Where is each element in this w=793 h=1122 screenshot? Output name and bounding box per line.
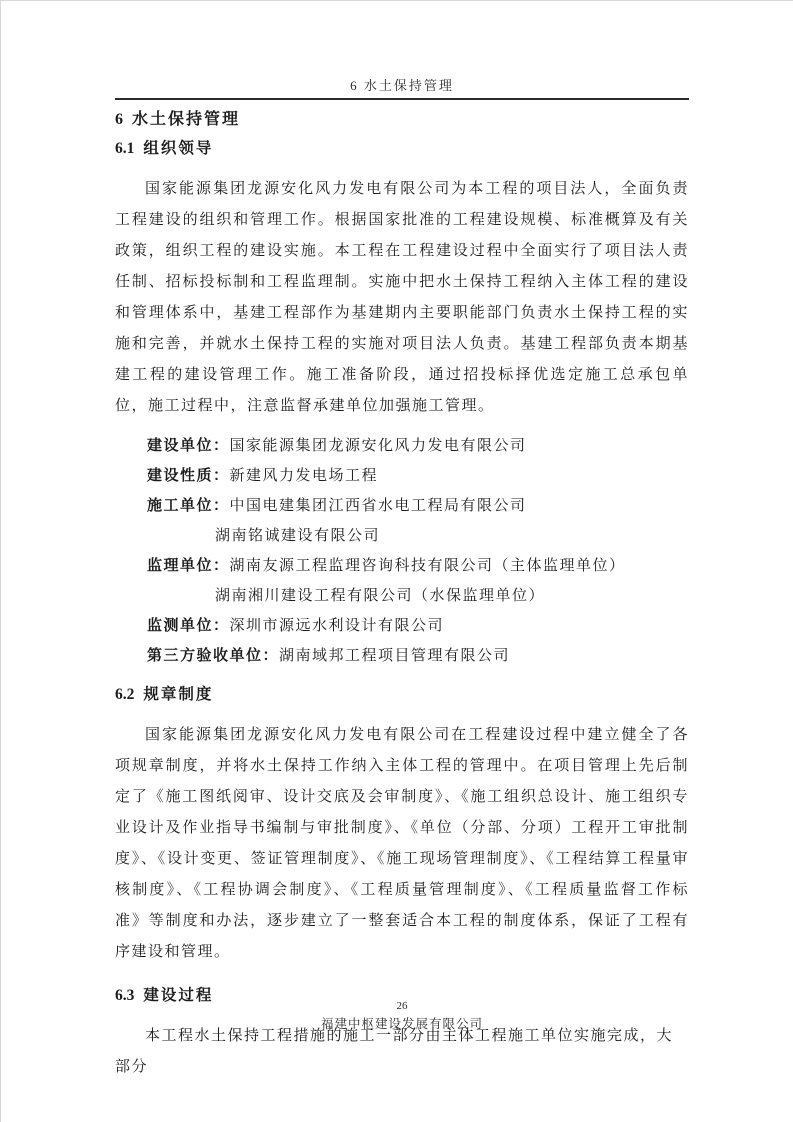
footer-company-name: 福建中枢建设发展有限公司 — [115, 1015, 689, 1033]
unit-value: 新建风力发电场工程 — [230, 468, 379, 484]
unit-value: 湖南域邦工程项目管理有限公司 — [279, 648, 510, 664]
section-6-1-paragraph: 国家能源集团龙源安化风力发电有限公司为本工程的项目法人，全面负责工程建设的组织和… — [115, 174, 689, 422]
unit-label: 第三方验收单位： — [147, 648, 279, 664]
unit-label: 建设单位： — [147, 438, 230, 454]
unit-row-construction-nature: 建设性质：新建风力发电场工程 — [115, 461, 689, 491]
section-6-2-number: 6.2 — [115, 684, 134, 706]
page-footer: 26 福建中枢建设发展有限公司 — [115, 997, 689, 1033]
unit-label: 建设性质： — [147, 468, 230, 484]
page-number: 26 — [115, 997, 689, 1015]
unit-value: 湖南友源工程监理咨询科技有限公司（主体监理单位） — [230, 558, 626, 574]
section-6-1-title: 组织领导 — [143, 140, 213, 157]
unit-value: 国家能源集团龙源安化风力发电有限公司 — [230, 438, 527, 454]
section-6-2-paragraph: 国家能源集团龙源安化风力发电有限公司在工程建设过程中建立健全了各项规章制度，并将… — [115, 720, 689, 968]
project-units-list: 建设单位：国家能源集团龙源安化风力发电有限公司 建设性质：新建风力发电场工程 施… — [115, 431, 689, 671]
unit-value: 湖南铭诚建设有限公司 — [215, 528, 380, 544]
unit-row-supervisor-2: 湖南湘川建设工程有限公司（水保监理单位） — [115, 581, 689, 611]
section-6-title: 水土保持管理 — [132, 111, 240, 128]
unit-value: 中国电建集团江西省水电工程局有限公司 — [230, 498, 527, 514]
running-header-title: 6 水土保持管理 — [115, 75, 689, 98]
unit-value: 湖南湘川建设工程有限公司（水保监理单位） — [215, 588, 545, 604]
page-header: 6 水土保持管理 — [115, 1, 689, 100]
section-6-2-heading: 6.2规章制度 — [115, 684, 689, 706]
unit-label: 施工单位： — [147, 498, 230, 514]
section-6-2-title: 规章制度 — [143, 686, 213, 703]
unit-label: 监理单位： — [147, 558, 230, 574]
section-6-number: 6 — [115, 109, 123, 131]
unit-label: 监测单位： — [147, 618, 230, 634]
document-page: 6 水土保持管理 6水土保持管理 6.1组织领导 国家能源集团龙源安化风力发电有… — [0, 0, 793, 1122]
unit-value: 深圳市源远水利设计有限公司 — [230, 618, 445, 634]
header-rule — [115, 98, 689, 100]
section-6-1-number: 6.1 — [115, 138, 134, 160]
unit-row-contractor: 施工单位：中国电建集团江西省水电工程局有限公司 — [115, 491, 689, 521]
section-6-1-heading: 6.1组织领导 — [115, 138, 689, 160]
unit-row-monitoring: 监测单位：深圳市源远水利设计有限公司 — [115, 611, 689, 641]
section-6-heading: 6水土保持管理 — [115, 109, 689, 131]
unit-row-contractor-2: 湖南铭诚建设有限公司 — [115, 521, 689, 551]
unit-row-construction-owner: 建设单位：国家能源集团龙源安化风力发电有限公司 — [115, 431, 689, 461]
document-body: 6水土保持管理 6.1组织领导 国家能源集团龙源安化风力发电有限公司为本工程的项… — [115, 109, 689, 1083]
unit-row-third-party-acceptance: 第三方验收单位：湖南域邦工程项目管理有限公司 — [115, 641, 689, 671]
unit-row-supervisor: 监理单位：湖南友源工程监理咨询科技有限公司（主体监理单位） — [115, 551, 689, 581]
